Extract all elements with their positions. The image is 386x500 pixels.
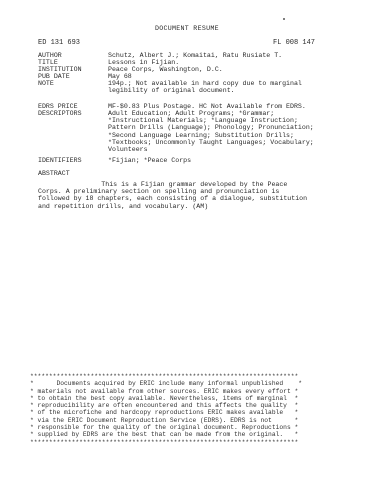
fl-number: FL 008 147 [273, 40, 315, 47]
ed-number: ED 131 693 [38, 40, 80, 47]
eric-notice-box: ****************************************… [30, 373, 302, 446]
document-title: DOCUMENT RESUME [155, 25, 219, 32]
field-value: Adult Education; Adult Programs; *Gramma… [108, 110, 314, 153]
field-value: 194p.; Not available in hard copy due to… [108, 80, 302, 94]
abstract-text: This is a Fijian grammar developed by th… [38, 181, 307, 210]
field-label: NOTE [38, 80, 54, 87]
field-value: *Fijian; *Peace Corps [108, 157, 191, 164]
scan-speck [283, 18, 285, 20]
field-label: DESCRIPTORS [38, 110, 82, 117]
abstract-label: ABSTRACT [38, 170, 70, 177]
field-label: IDENTIFIERS [38, 157, 82, 164]
